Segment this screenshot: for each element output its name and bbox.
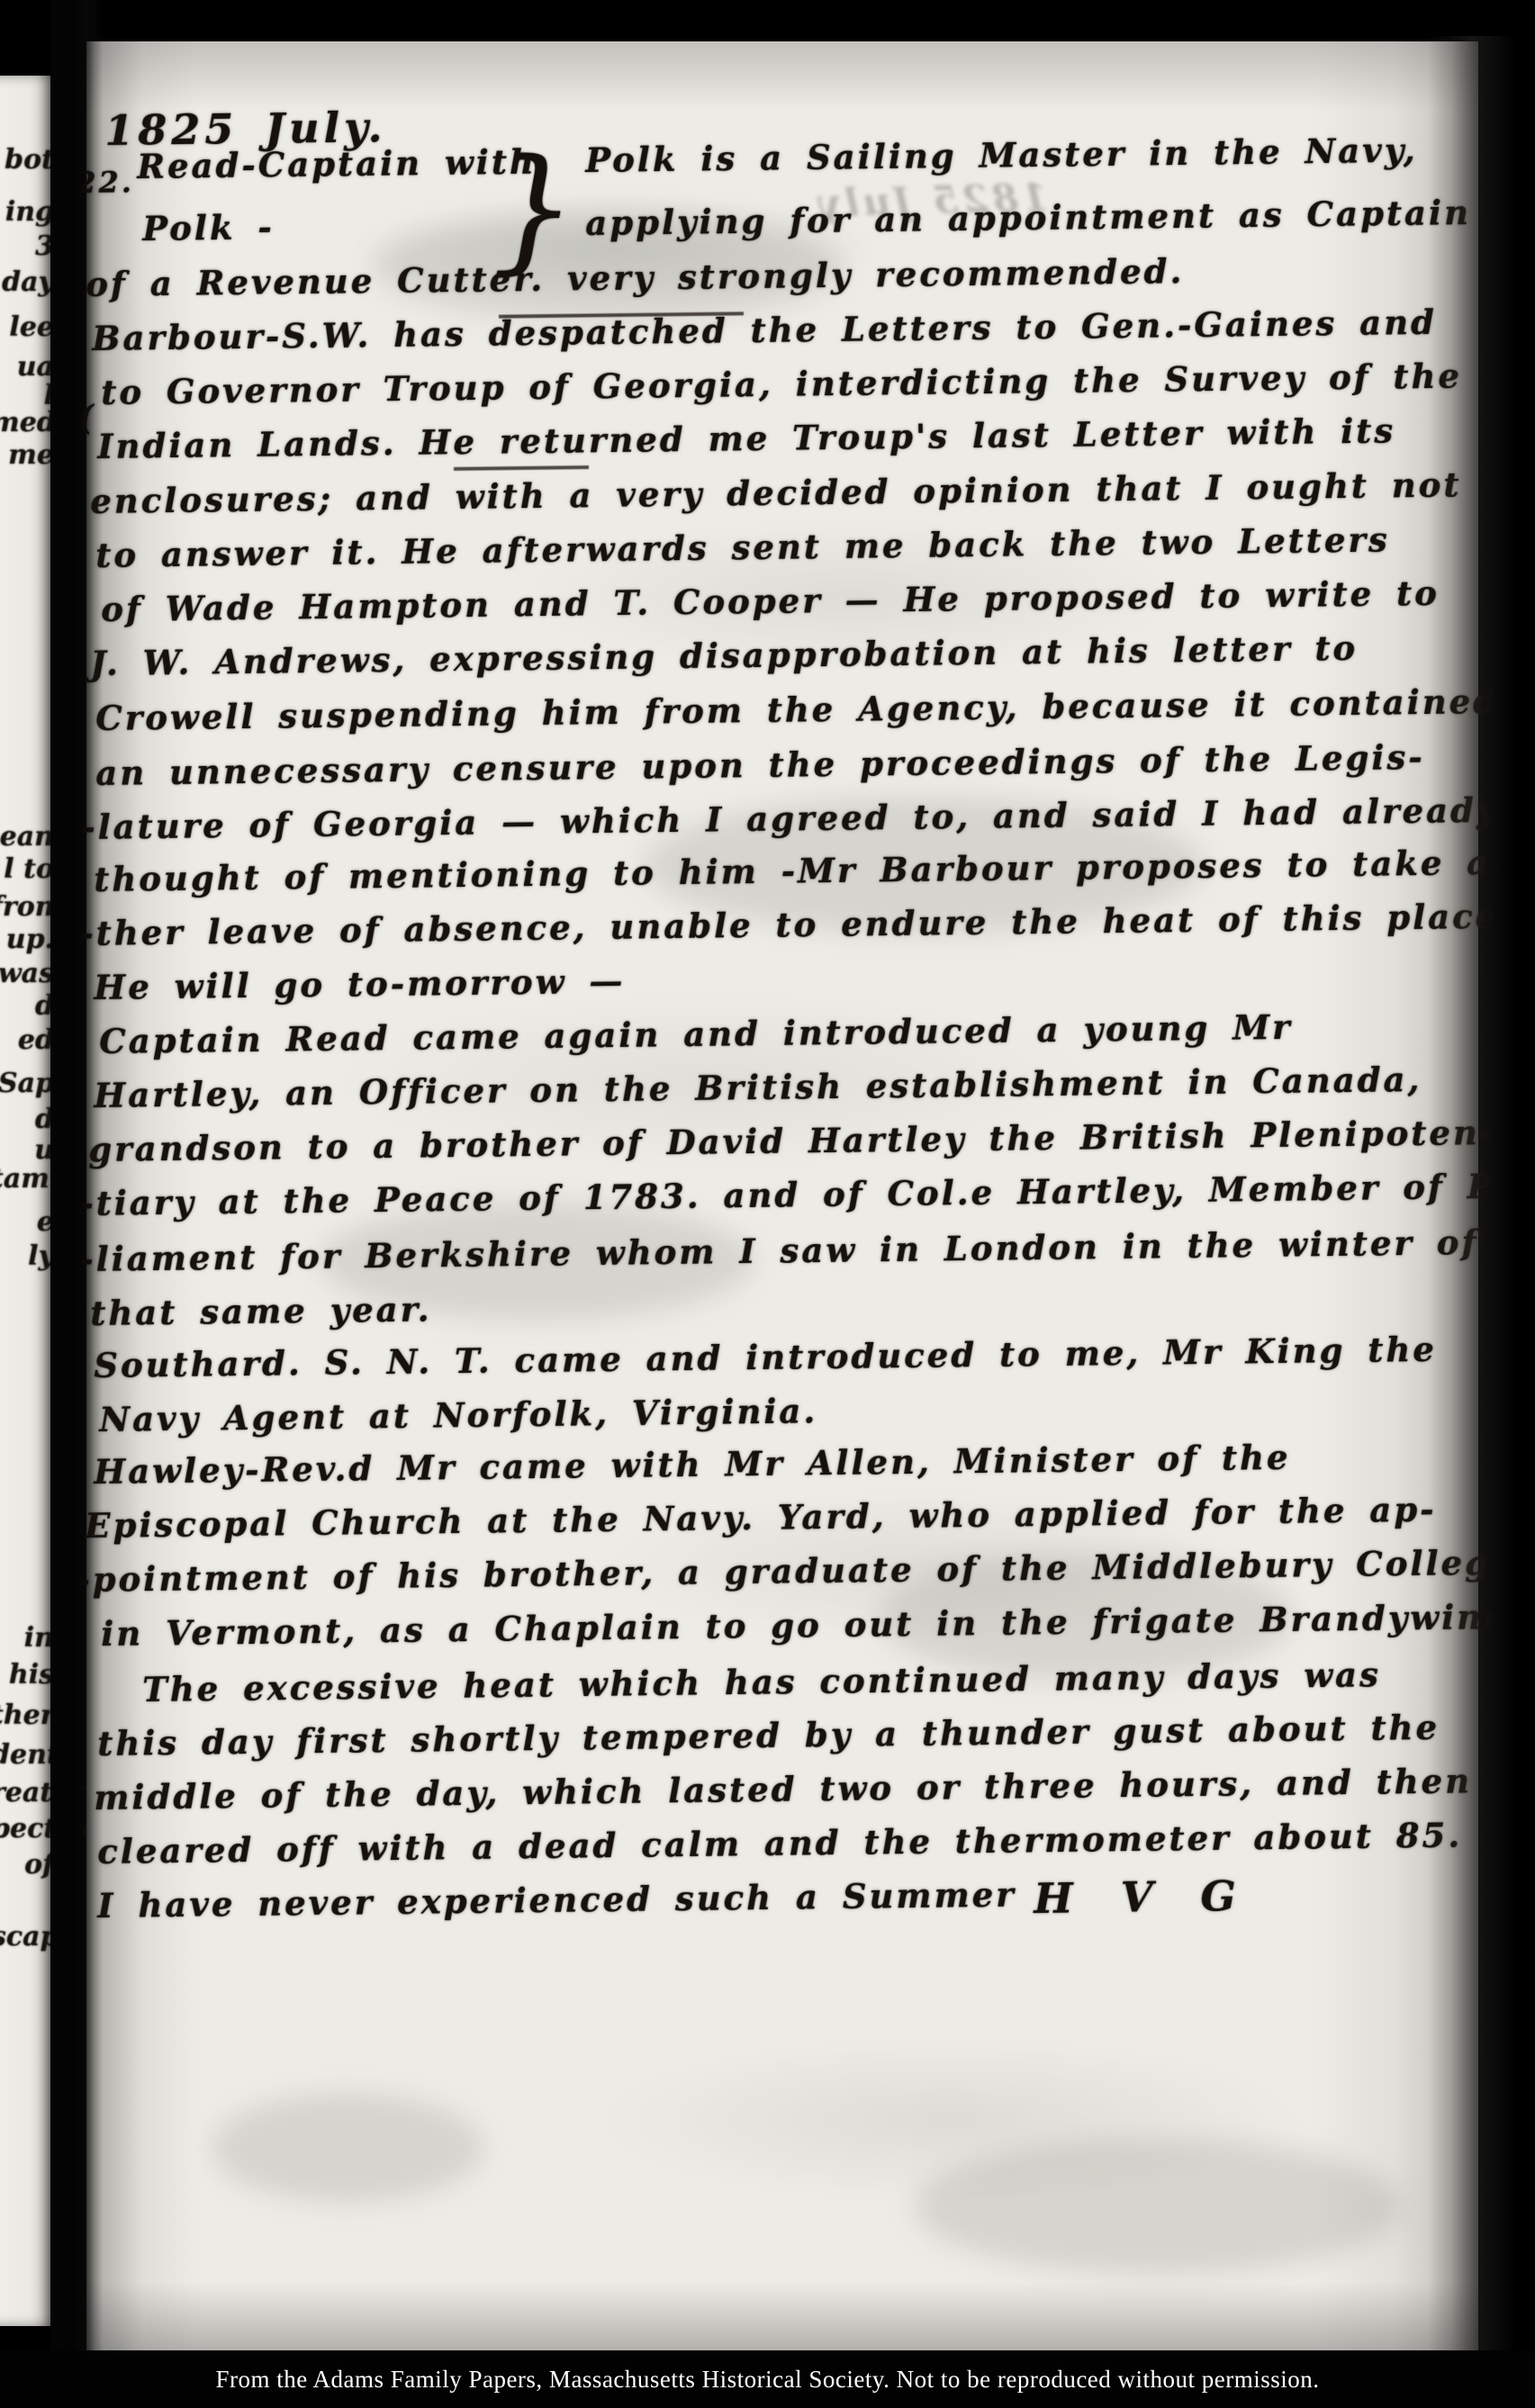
facing-page-text-fragment: there: [0, 1700, 54, 1731]
diarist-initials: H V G: [1034, 1871, 1249, 1923]
facing-page-text-fragment: day: [0, 266, 54, 298]
manuscript-line: -tiary at the Peace of 1783. and of Col.…: [79, 1166, 1535, 1223]
facing-page-text-fragment: l to: [0, 853, 54, 885]
manuscript-line: of Wade Hampton and T. Cooper — He propo…: [101, 573, 1440, 629]
manuscript-line: to Governor Troup of Georgia, interdicti…: [101, 356, 1462, 412]
facing-page-text-fragment: ed: [0, 1024, 54, 1056]
facing-page-text-fragment: his: [0, 1659, 54, 1691]
facing-page-text-fragment: d: [0, 1104, 54, 1135]
manuscript-line: Southard. S. N. T. came and introduced t…: [94, 1330, 1437, 1385]
facing-page-text-fragment: was: [0, 958, 54, 989]
manuscript-line: cleared off with a dead calm and the the…: [97, 1815, 1462, 1871]
manuscript-line: -pointment of his brother, a graduate of…: [76, 1542, 1515, 1600]
manuscript-line: Hawley-Rev.d Mr came with Mr Allen, Mini…: [94, 1438, 1291, 1492]
manuscript-line: that same year.: [90, 1289, 432, 1333]
manuscript-line: this day first shortly tempered by a thu…: [97, 1708, 1440, 1763]
manuscript-line: Indian Lands. He returned me Troup's las…: [97, 410, 1395, 466]
facing-page-text-fragment: med: [0, 407, 54, 438]
manuscript-line: Hartley, an Officer on the British estab…: [94, 1060, 1422, 1115]
facing-page-text-fragment: 3: [0, 230, 54, 262]
facing-page-text-fragment: e: [0, 1206, 54, 1238]
ink-underline: [454, 465, 589, 471]
facing-page-text-fragment: of: [0, 1849, 54, 1880]
manuscript-line: Captain Read came again and introduced a…: [99, 1007, 1293, 1061]
manuscript-line: The excessive heat which has continued m…: [142, 1655, 1381, 1709]
manuscript-line: an unnecessary censure upon the proceedi…: [95, 737, 1425, 793]
facing-page-text-fragment: dent: [0, 1739, 54, 1771]
facing-page-text-fragment: ing: [0, 196, 54, 228]
book-gutter: [50, 0, 103, 2408]
manuscript-line: to answer it. He afterwards sent me back…: [95, 519, 1390, 575]
facing-page-text-fragment: up.: [0, 924, 54, 955]
facing-page-text-fragment: u: [0, 1134, 54, 1166]
facing-page-text-fragment: lee: [0, 311, 54, 343]
manuscript-line: I have never experienced such a Summer: [97, 1875, 1016, 1925]
manuscript-page: 1825 July 1825 July. 22. } ( H V G Read-…: [86, 41, 1478, 2351]
facing-page-text-fragment: ua: [0, 351, 54, 383]
ink-bleed-smudge: [212, 2094, 483, 2202]
manuscript-line: Navy Agent at Norfolk, Virginia.: [99, 1391, 817, 1439]
facing-page-text-fragment: reator: [0, 1777, 54, 1808]
facing-page-text-fragment: in: [0, 1622, 54, 1654]
manuscript-line: enclosures; and with a very decided opin…: [90, 464, 1462, 521]
facing-page-text-fragment: me: [0, 439, 54, 471]
manuscript-line: Barbour-S.W. has despatched the Letters …: [92, 302, 1437, 358]
manuscript-line: middle of the day, which lasted two or t…: [94, 1761, 1472, 1817]
manuscript-line: -ther leave of absence, unable to endure…: [79, 897, 1513, 953]
facing-page-text-fragment: ean: [0, 821, 54, 852]
manuscript-line: of a Revenue Cutter. very strongly recom…: [86, 251, 1185, 304]
manuscript-line: applying for an appointment as Captain: [585, 193, 1471, 243]
facing-page-text-fragment: d: [0, 990, 54, 1022]
facing-page-text-fragment: scape: [0, 1921, 54, 1953]
facing-page-text-fragment: Sap: [0, 1068, 54, 1099]
manuscript-line: Read-Captain with: [137, 142, 537, 186]
manuscript-line: grandson to a brother of David Hartley t…: [88, 1113, 1496, 1169]
page-right-edge: [1428, 36, 1535, 2358]
manuscript-line: -liament for Berkshire whom I saw in Lon…: [79, 1222, 1479, 1279]
facing-page-sliver: boting3dayleeualmedmeeanl tofromup.wasde…: [0, 76, 56, 2326]
facing-page-text-fragment: from: [0, 891, 54, 923]
manuscript-line: Polk -: [142, 207, 275, 248]
facing-page-text-fragment: bot: [0, 144, 54, 176]
manuscript-line: in Vermont, as a Chaplain to go out in t…: [101, 1597, 1522, 1654]
footer-credit-bar: From the Adams Family Papers, Massachuse…: [0, 2350, 1535, 2408]
manuscript-line: Crowell suspending him from the Agency, …: [95, 681, 1499, 738]
manuscript-line: He will go to-morrow —: [94, 961, 626, 1007]
manuscript-line: Episcopal Church at the Navy. Yard, who …: [85, 1490, 1437, 1546]
facing-page-text-fragment: pective: [0, 1813, 54, 1844]
manuscript-line: J. W. Andrews, expressing disapprobation…: [90, 628, 1358, 683]
footer-caption: From the Adams Family Papers, Massachuse…: [215, 2366, 1319, 2394]
facing-page-text-fragment: tam.: [0, 1163, 54, 1195]
facing-page-text-fragment: ly: [0, 1240, 54, 1272]
scanned-manuscript-view: boting3dayleeualmedmeeanl tofromup.wasde…: [0, 0, 1535, 2408]
ink-bleed-smudge: [915, 2139, 1401, 2274]
manuscript-line: Polk is a Sailing Master in the Navy,: [585, 131, 1418, 180]
